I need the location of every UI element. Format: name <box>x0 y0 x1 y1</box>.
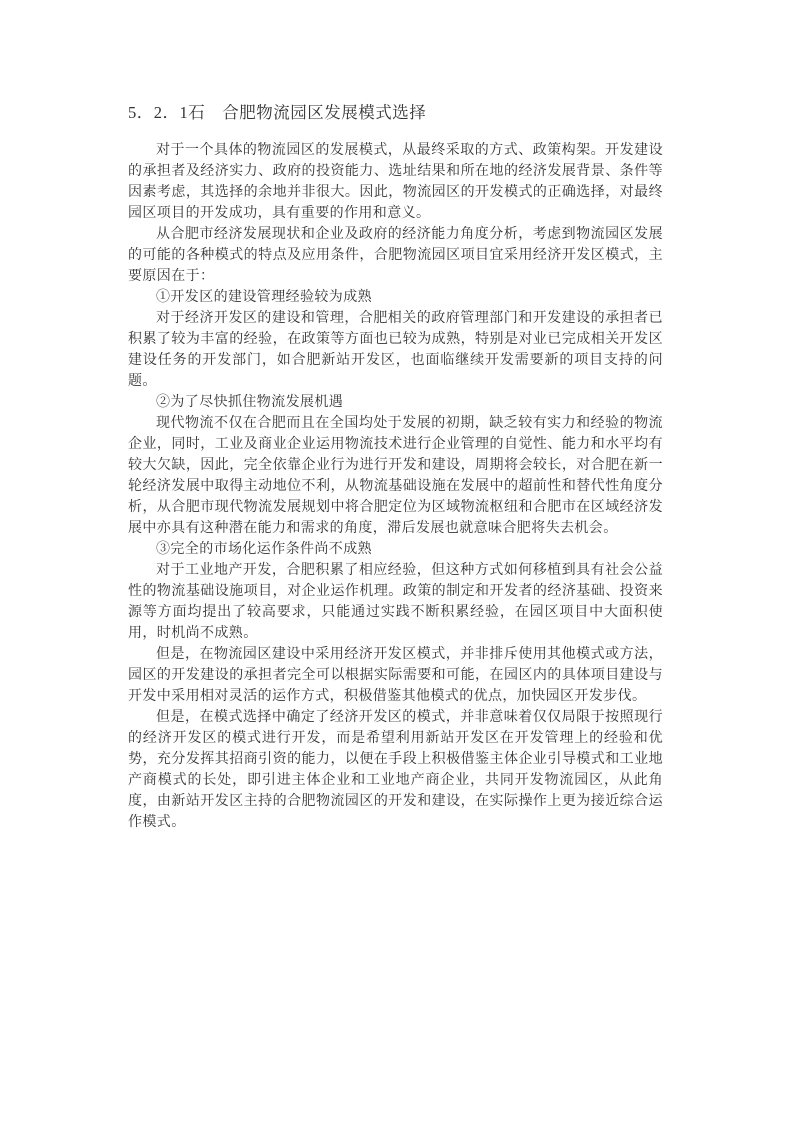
paragraph-flexibility: 但是，在物流园区建设中采用经济开发区模式，并非排斥使用其他模式或方法，园区的开发… <box>128 644 663 707</box>
paragraph-intro: 对于一个具体的物流园区的发展模式，从最终采取的方式、政策构架。开发建设的承担者及… <box>128 140 663 224</box>
section-title: 5．2．1石 合肥物流园区发展模式选择 <box>128 102 663 124</box>
document-content: 5．2．1石 合肥物流园区发展模式选择 对于一个具体的物流园区的发展模式，从最终… <box>128 102 663 833</box>
paragraph-reason-3: 对于工业地产开发，合肥积累了相应经验，但这种方式如何移植到具有社会公益性的物流基… <box>128 560 663 644</box>
subheading-1: ①开发区的建设管理经验较为成熟 <box>128 287 663 308</box>
paragraph-reason-2: 现代物流不仅在合肥而且在全国均处于发展的初期，缺乏较有实力和经验的物流企业，同时… <box>128 413 663 539</box>
paragraph-reason-1: 对于经济开发区的建设和管理，合肥相关的政府管理部门和开发建设的承担者已积累了较为… <box>128 308 663 392</box>
subheading-2: ②为了尽快抓住物流发展机遇 <box>128 392 663 413</box>
paragraph-conclusion: 但是，在模式选择中确定了经济开发区的模式，并非意味着仅仅局限于按照现行的经济开发… <box>128 707 663 833</box>
document-page: 5．2．1石 合肥物流园区发展模式选择 对于一个具体的物流园区的发展模式，从最终… <box>0 0 793 1122</box>
subheading-3: ③完全的市场化运作条件尚不成熟 <box>128 539 663 560</box>
paragraph-analysis: 从合肥市经济发展现状和企业及政府的经济能力角度分析，考虑到物流园区发展的可能的各… <box>128 224 663 287</box>
